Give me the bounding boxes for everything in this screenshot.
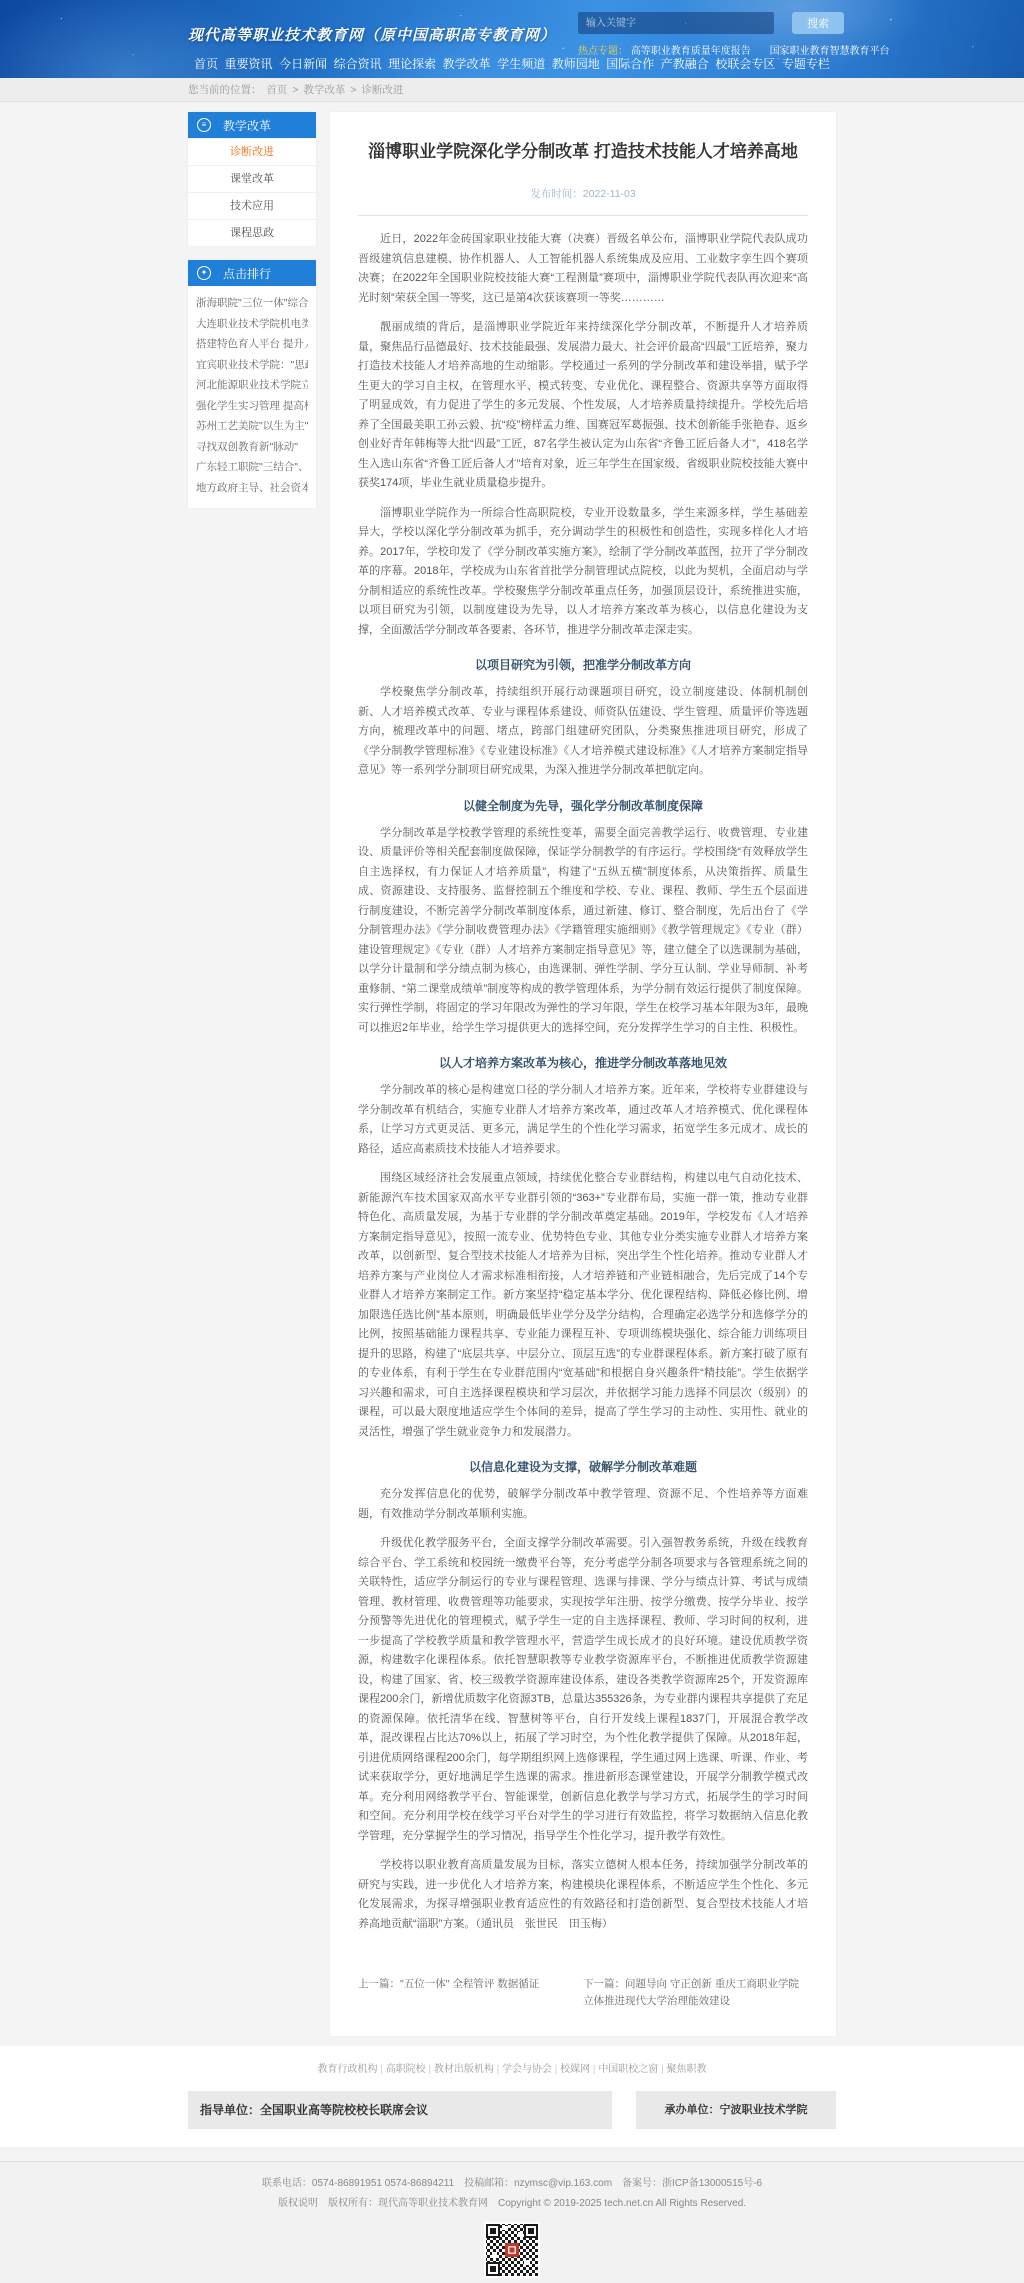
sidebar-item-diagnosis-improvement[interactable]: 诊断改进 — [188, 138, 316, 165]
article-panel: 淄博职业学院深化学分制改革 打造技术技能人才培养高地 发布时间：2022-11-… — [330, 112, 836, 2036]
footer-link-school-window[interactable]: 中国职校之窗 — [590, 2064, 658, 2075]
nav-item-students[interactable]: 学生频道 — [497, 55, 545, 72]
nav-item-important-news[interactable]: 重要资讯 — [225, 55, 273, 72]
article-body: 近日，2022年金砖国家职业技能大赛（决赛）晋级名单公布，淄博职业学院代表队成功… — [358, 230, 808, 1934]
nav-item-home[interactable]: 首页 — [194, 55, 218, 72]
footer-link-colleges[interactable]: 高职院校 — [378, 2064, 426, 2075]
sidebar-menu-title: 教学改革 — [223, 117, 271, 134]
publish-date: 发布时间：2022-11-03 — [358, 186, 808, 216]
article-title: 淄博职业学院深化学分制改革 打造技术技能人才培养高地 — [358, 140, 808, 164]
qr-code — [484, 2222, 540, 2283]
article-paragraph: 近日，2022年金砖国家职业技能大赛（决赛）晋级名单公布，淄博职业学院代表队成功… — [358, 230, 808, 308]
unit-bars: 指导单位：全国职业高等院校校长联席会议 承办单位：宁波职业技术学院 — [188, 2091, 836, 2129]
guide-unit-bar: 指导单位：全国职业高等院校校长联席会议 — [188, 2091, 612, 2129]
search-button[interactable]: 搜索 — [792, 12, 844, 34]
article-paragraph: 靓丽成绩的背后，是淄博职业学院近年来持续深化学分制改革，不断提升人才培养质量，聚… — [358, 318, 808, 494]
site-logo: 现代高等职业技术教育网（原中国高职高专教育网） — [188, 24, 556, 45]
search-input[interactable] — [578, 12, 774, 34]
nav-item-alliance-zone[interactable]: 校联会专区 — [715, 55, 775, 72]
nav-item-teachers[interactable]: 教师园地 — [552, 55, 600, 72]
footer-link-societies[interactable]: 学会与协会 — [494, 2064, 552, 2075]
nav-item-today-news[interactable]: 今日新闻 — [279, 55, 327, 72]
article-paragraph: 充分发挥信息化的优势，破解学分制改革中教学管理、资源不足、个性培养等方面难题，有… — [358, 1485, 808, 1524]
rank-item[interactable]: 苏州工艺美院"以生为主"改革素... — [196, 416, 308, 437]
prev-next-nav: 上一篇："五位一体" 全程管评 数据循证 下一篇：问题导向 守正创新 重庆工商职… — [358, 1976, 808, 2010]
main-nav: 首页 重要资讯 今日新闻 综合资讯 理论探索 教学改革 学生频道 教师园地 国际… — [188, 55, 836, 72]
breadcrumb-section[interactable]: 教学改革 — [303, 84, 345, 96]
sidebar-rank-title: 点击排行 — [223, 265, 271, 282]
breadcrumb-bar: 您当前的位置： 首页 > 教学改革 > 诊断改进 — [0, 78, 1024, 102]
rank-circle-icon: ✦ — [197, 266, 211, 280]
article-subheading: 以健全制度为先导，强化学分制改革制度保障 — [358, 797, 808, 814]
footer-bottom: 联系电话：0574-86891951 0574-86894211 投稿邮箱：nz… — [0, 2161, 1024, 2283]
breadcrumb-separator: > — [292, 84, 298, 96]
rank-item[interactable]: 河北能源职业技术学院立足集团... — [196, 375, 308, 396]
article-subheading: 以项目研究为引领，把准学分制改革方向 — [358, 656, 808, 673]
footer-band: 教育行政机构高职院校教材出版机构学会与协会校媒网中国职校之窗聚焦职教 指导单位：… — [0, 2046, 1024, 2147]
sidebar-rank-box: ✦ 点击排行 浙海职院"三位一体"综合评价招... 大连职业技术学院机电类专业"… — [188, 260, 316, 508]
nav-item-teaching-reform[interactable]: 教学改革 — [443, 55, 491, 72]
article-paragraph: 学分制改革的核心是构建宽口径的学分制人才培养方案。近年来，学校将专业群建设与学分… — [358, 1081, 808, 1159]
rank-item[interactable]: 大连职业技术学院机电类专业"双... — [196, 314, 308, 335]
rank-item[interactable]: 浙海职院"三位一体"综合评价招... — [196, 293, 308, 314]
contact-line: 联系电话：0574-86891951 0574-86894211 投稿邮箱：nz… — [0, 2174, 1024, 2194]
nav-item-general-news[interactable]: 综合资讯 — [334, 55, 382, 72]
search-bar: 搜索 — [578, 12, 844, 34]
breadcrumb-label: 您当前的位置： — [188, 84, 262, 96]
footer-link-vocational-focus[interactable]: 聚焦职教 — [658, 2064, 706, 2075]
sidebar-menu-header: ≡ 教学改革 — [188, 112, 316, 138]
rank-item[interactable]: 广东轻工职院"三结合"、"多方"... — [196, 457, 308, 478]
breadcrumb: 您当前的位置： 首页 > 教学改革 > 诊断改进 — [188, 78, 836, 102]
sidebar-item-classroom-reform[interactable]: 课堂改革 — [188, 165, 316, 192]
prev-article-link[interactable]: 上一篇："五位一体" 全程管评 数据循证 — [358, 1976, 561, 2010]
nav-item-theory[interactable]: 理论探索 — [388, 55, 436, 72]
qr-code-image — [484, 2222, 540, 2278]
rank-item[interactable]: 强化学生实习管理 提高校企育人... — [196, 396, 308, 417]
site-header: 现代高等职业技术教育网（原中国高职高专教育网） 搜索 热点专题： 高等职业教育质… — [0, 0, 1024, 78]
sidebar-menu-box: ≡ 教学改革 诊断改进 课堂改革 技术应用 课程思政 — [188, 112, 316, 246]
sidebar-item-technology-application[interactable]: 技术应用 — [188, 192, 316, 219]
copyright-line: 版权说明 版权所有：现代高等职业技术教育网 Copyright © 2019-2… — [0, 2194, 1024, 2214]
rank-item[interactable]: 宜宾职业技术学院："思政"考试... — [196, 355, 308, 376]
breadcrumb-current[interactable]: 诊断改进 — [361, 84, 403, 96]
footer-link-publishers[interactable]: 教材出版机构 — [426, 2064, 494, 2075]
article-paragraph: 升级优化教学服务平台，全面支撑学分制改革需要。引入强智教务系统，升级在线教育综合… — [358, 1534, 808, 1846]
article-paragraph: 学分制改革是学校教学管理的系统性变革，需要全面完善教学运行、收费管理、专业建设、… — [358, 824, 808, 1039]
article-paragraph: 围绕区域经济社会发展重点领域，持续优化整合专业群结构，构建以电气自动化技术、新能… — [358, 1169, 808, 1442]
rank-item[interactable]: 搭建特色育人平台 提升人才培养... — [196, 334, 308, 355]
next-article-link[interactable]: 下一篇：问题导向 守正创新 重庆工商职业学院立体推进现代大学治理能效建设 — [583, 1976, 808, 2010]
rank-item[interactable]: 寻找双创教育新"脉动" — [196, 437, 308, 458]
host-unit-bar: 承办单位：宁波职业技术学院 — [636, 2091, 836, 2129]
sidebar-rank-header: ✦ 点击排行 — [188, 260, 316, 286]
rank-item[interactable]: 地方政府主导、社会资本投入、... — [196, 478, 308, 499]
sidebar-item-course-ideology[interactable]: 课程思政 — [188, 219, 316, 246]
nav-item-international[interactable]: 国际合作 — [606, 55, 654, 72]
article-subheading: 以人才培养方案改革为核心，推进学分制改革落地见效 — [358, 1054, 808, 1071]
article-paragraph: 学校将以职业教育高质量发展为目标，落实立德树人根本任务，持续加强学分制改革的研究… — [358, 1856, 808, 1934]
article-paragraph: 学校聚焦学分制改革，持续组织开展行动课题项目研究，设立制度建设、体制机制创新、人… — [358, 683, 808, 781]
article-paragraph: 淄博职业学院作为一所综合性高职院校，专业开设数量多，学生来源多样，学生基础差异大… — [358, 504, 808, 641]
breadcrumb-separator: > — [350, 84, 356, 96]
menu-circle-icon: ≡ — [197, 118, 211, 132]
nav-item-special-columns[interactable]: 专题专栏 — [782, 55, 830, 72]
rank-list: 浙海职院"三位一体"综合评价招... 大连职业技术学院机电类专业"双... 搭建… — [188, 286, 316, 508]
sidebar: ≡ 教学改革 诊断改进 课堂改革 技术应用 课程思政 ✦ 点击排行 浙海职院"三… — [188, 112, 316, 522]
breadcrumb-home[interactable]: 首页 — [266, 84, 287, 96]
footer-links: 教育行政机构高职院校教材出版机构学会与协会校媒网中国职校之窗聚焦职教 — [0, 2060, 1024, 2075]
footer-link-school-media[interactable]: 校媒网 — [552, 2064, 590, 2075]
nav-item-industry-education[interactable]: 产教融合 — [661, 55, 709, 72]
article-subheading: 以信息化建设为支撑，破解学分制改革难题 — [358, 1458, 808, 1475]
footer-link-edu-admin[interactable]: 教育行政机构 — [318, 2064, 378, 2075]
